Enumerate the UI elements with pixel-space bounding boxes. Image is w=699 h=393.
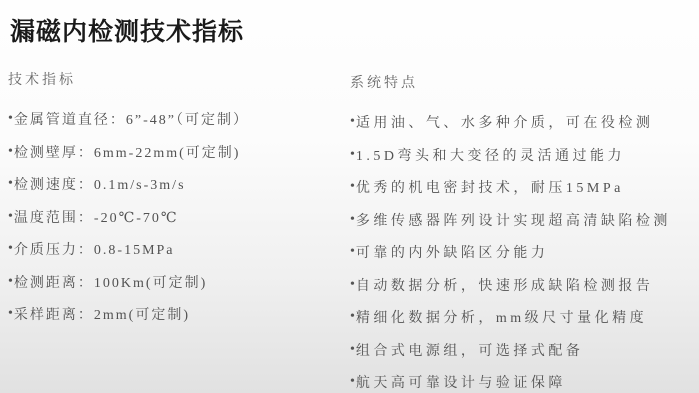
list-item: •优秀的机电密封技术，耐压15MPa	[350, 171, 695, 204]
bullet-icon: •	[350, 277, 355, 293]
left-column: 技术指标 •金属管道直径：6”-48”（可定制） •检测壁厚：6mm-22mm(…	[8, 72, 343, 331]
list-item-text: 检测壁厚：6mm-22mm(可定制)	[14, 142, 241, 162]
bullet-icon: •	[350, 374, 355, 390]
list-item-text: 组合式电源组，可选择式配备	[356, 340, 584, 360]
list-item: •适用油、气、水多种介质，可在役检测	[350, 106, 695, 139]
bullet-icon: •	[8, 144, 13, 160]
bullet-icon: •	[8, 176, 13, 192]
list-item: •采样距离：2mm(可定制)	[8, 298, 343, 331]
list-item-text: 金属管道直径：6”-48”（可定制）	[14, 109, 249, 129]
bullet-icon: •	[350, 342, 355, 358]
left-column-list: •金属管道直径：6”-48”（可定制） •检测壁厚：6mm-22mm(可定制) …	[8, 103, 343, 331]
bullet-icon: •	[350, 212, 355, 228]
list-item: •精细化数据分析，mm级尺寸量化精度	[350, 301, 695, 334]
list-item-text: 多维传感器阵列设计实现超高清缺陷检测	[356, 210, 671, 230]
page-title: 漏磁内检测技术指标	[10, 12, 244, 48]
list-item-text: 精细化数据分析，mm级尺寸量化精度	[356, 307, 647, 327]
list-item-text: 自动数据分析，快速形成缺陷检测报告	[356, 275, 654, 295]
bullet-icon: •	[350, 309, 355, 325]
list-item: •自动数据分析，快速形成缺陷检测报告	[350, 269, 695, 302]
list-item-text: 可靠的内外缺陷区分能力	[356, 242, 549, 262]
left-column-header: 技术指标	[8, 72, 343, 90]
right-column: 系统特点 •适用油、气、水多种介质，可在役检测 •1.5D弯头和大变径的灵活通过…	[350, 75, 695, 393]
bullet-icon: •	[8, 241, 13, 257]
right-column-list: •适用油、气、水多种介质，可在役检测 •1.5D弯头和大变径的灵活通过能力 •优…	[350, 106, 695, 393]
bullet-icon: •	[350, 179, 355, 195]
bullet-icon: •	[350, 147, 355, 163]
list-item-text: 温度范围：-20℃-70℃	[14, 207, 179, 227]
list-item-text: 优秀的机电密封技术，耐压15MPa	[356, 177, 624, 197]
list-item-text: 航天高可靠设计与验证保障	[356, 372, 566, 392]
list-item: •可靠的内外缺陷区分能力	[350, 236, 695, 269]
bullet-icon: •	[8, 274, 13, 290]
list-item: •检测壁厚：6mm-22mm(可定制)	[8, 136, 343, 169]
list-item-text: 适用油、气、水多种介质，可在役检测	[356, 112, 654, 132]
bullet-icon: •	[8, 306, 13, 322]
list-item: •介质压力：0.8-15MPa	[8, 233, 343, 266]
list-item-text: 介质压力：0.8-15MPa	[14, 239, 175, 259]
list-item: •多维传感器阵列设计实现超高清缺陷检测	[350, 204, 695, 237]
list-item-text: 检测距离：100Km(可定制)	[14, 272, 207, 292]
list-item: •组合式电源组，可选择式配备	[350, 334, 695, 367]
list-item-text: 采样距离：2mm(可定制)	[14, 304, 190, 324]
list-item: •航天高可靠设计与验证保障	[350, 366, 695, 393]
list-item: •金属管道直径：6”-48”（可定制）	[8, 103, 343, 136]
list-item-text: 1.5D弯头和大变径的灵活通过能力	[356, 145, 625, 165]
bullet-icon: •	[350, 114, 355, 130]
bullet-icon: •	[8, 209, 13, 225]
list-item: •1.5D弯头和大变径的灵活通过能力	[350, 139, 695, 172]
list-item: •检测速度：0.1m/s-3m/s	[8, 168, 343, 201]
list-item-text: 检测速度：0.1m/s-3m/s	[14, 174, 186, 194]
bullet-icon: •	[8, 111, 13, 127]
list-item: •温度范围：-20℃-70℃	[8, 201, 343, 234]
right-column-header: 系统特点	[350, 75, 695, 93]
list-item: •检测距离：100Km(可定制)	[8, 266, 343, 299]
bullet-icon: •	[350, 244, 355, 260]
